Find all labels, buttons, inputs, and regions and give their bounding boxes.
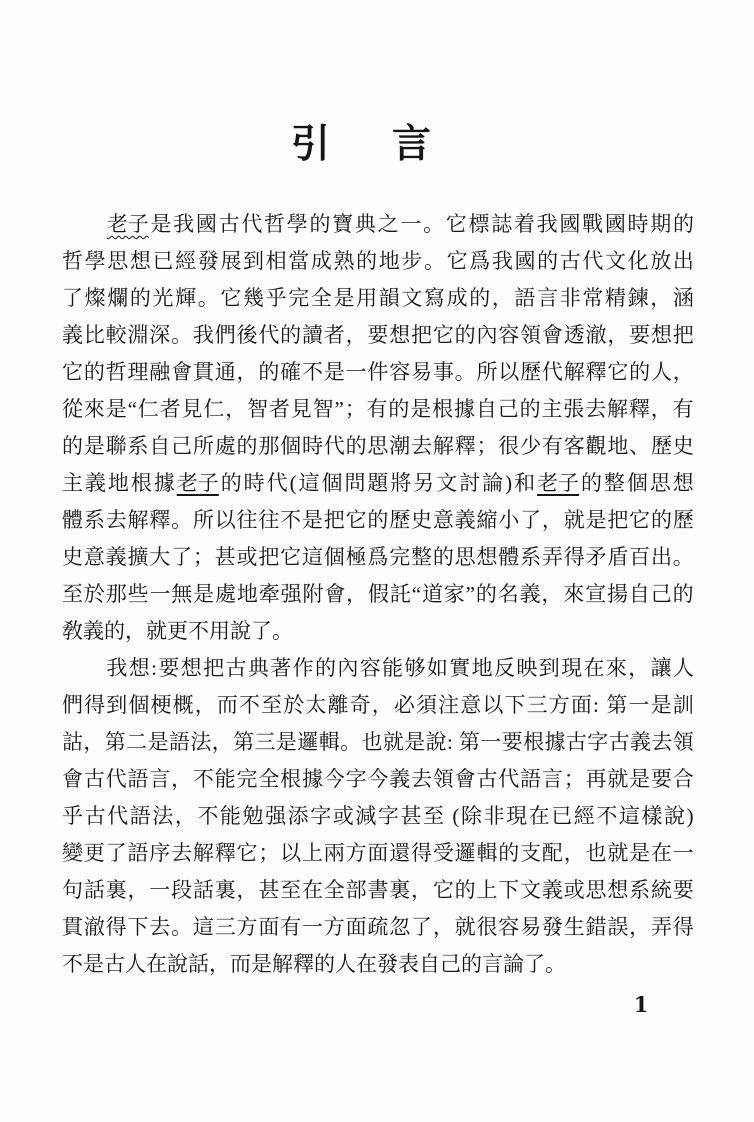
- char: 史: [62, 539, 83, 576]
- char: 釋: [455, 428, 476, 465]
- char: 是: [586, 502, 607, 539]
- char: 者: [160, 391, 181, 428]
- char: 融: [149, 354, 170, 391]
- char: 不: [188, 613, 209, 650]
- char: 一: [480, 724, 501, 761]
- char: ；: [193, 539, 214, 576]
- char: [453, 724, 458, 761]
- char: 有: [673, 391, 694, 428]
- char: 。: [198, 280, 219, 317]
- char: 它: [433, 317, 454, 354]
- char: 說: [664, 798, 685, 835]
- char: 附: [302, 576, 323, 613]
- char: 。: [171, 317, 192, 354]
- char: 根: [432, 391, 453, 428]
- page-title-char-2: 言: [392, 120, 431, 170]
- char: 的: [476, 576, 497, 613]
- char: 論: [503, 946, 524, 983]
- char: 三: [527, 687, 548, 724]
- char: 解: [193, 835, 214, 872]
- char: 題: [367, 465, 388, 502]
- char: 是: [84, 428, 105, 465]
- char: 古: [219, 206, 240, 243]
- char: 自: [629, 576, 650, 613]
- char: 把: [607, 502, 628, 539]
- char: 句: [62, 872, 83, 909]
- char: 。: [545, 946, 566, 983]
- char: 地: [108, 465, 129, 502]
- char: 不: [302, 354, 323, 391]
- char: 全: [311, 280, 332, 317]
- char: 完: [389, 539, 410, 576]
- char: 代: [258, 317, 279, 354]
- char: 第: [105, 724, 126, 761]
- char: [600, 687, 605, 724]
- char: 的: [537, 243, 558, 280]
- char: 人: [651, 354, 672, 391]
- char: 觀: [586, 428, 607, 465]
- char: ，: [433, 909, 454, 946]
- char: 的: [461, 946, 482, 983]
- char: 的: [356, 243, 377, 280]
- char: 當: [288, 243, 309, 280]
- char: 發: [377, 946, 398, 983]
- char: 乎: [266, 280, 287, 317]
- char: :: [447, 724, 453, 761]
- char: 寶: [332, 206, 353, 243]
- char: 得: [564, 539, 585, 576]
- char: 聯: [106, 428, 127, 465]
- char: 的: [315, 650, 336, 687]
- char: 是: [193, 576, 214, 613]
- char: 錯: [586, 909, 607, 946]
- char: 字: [587, 724, 608, 761]
- char: 牽: [259, 576, 280, 613]
- char: 爛: [107, 280, 128, 317]
- char: 添: [288, 798, 309, 835]
- char: 。: [423, 206, 444, 243]
- char: ，: [212, 724, 233, 761]
- char: 誤: [607, 909, 628, 946]
- char: 思: [586, 872, 607, 909]
- char: 去: [149, 909, 170, 946]
- char: 是: [150, 206, 171, 243]
- char: 容: [498, 317, 519, 354]
- char: 是: [276, 724, 297, 761]
- char: 、: [629, 428, 650, 465]
- char: 古: [85, 798, 106, 835]
- char: 就: [146, 613, 167, 650]
- char: 會: [324, 576, 345, 613]
- char: 它: [280, 539, 301, 576]
- char: 文: [520, 872, 541, 909]
- char: 言: [149, 761, 170, 798]
- char: 的: [258, 354, 279, 391]
- char: 二: [126, 724, 147, 761]
- char: 不: [596, 798, 617, 835]
- char: 的: [62, 428, 83, 465]
- char: 必: [394, 687, 415, 724]
- char: 潮: [389, 428, 410, 465]
- char: 敎: [62, 613, 83, 650]
- char: 要: [367, 317, 388, 354]
- char: 是: [410, 391, 431, 428]
- char: 方: [324, 909, 345, 946]
- char: 是: [148, 724, 169, 761]
- char: 得: [673, 909, 694, 946]
- char: 放: [650, 243, 671, 280]
- char: 言: [482, 946, 503, 983]
- char: 張: [563, 391, 584, 428]
- text-line: 史意義擴大了；甚或把它這個極爲完整的思想體系弄得矛盾百出。: [62, 539, 694, 576]
- char: 也: [586, 835, 607, 872]
- char: 裏: [106, 872, 127, 909]
- char: 釋: [149, 502, 170, 539]
- char: 的: [673, 576, 694, 613]
- char: 三: [215, 909, 236, 946]
- char: 的: [433, 539, 454, 576]
- char: 讓: [651, 650, 672, 687]
- char: 相: [266, 243, 287, 280]
- char: 會: [171, 354, 192, 391]
- char: 們: [62, 687, 83, 724]
- char: 能: [382, 650, 403, 687]
- char: 言: [542, 761, 563, 798]
- char: ，: [629, 909, 650, 946]
- char: 代: [106, 761, 127, 798]
- char: 强: [281, 576, 302, 613]
- char: 把: [411, 317, 432, 354]
- char: 去: [106, 502, 127, 539]
- char: 義: [62, 317, 83, 354]
- char: 之: [378, 206, 399, 243]
- char: (: [290, 465, 297, 502]
- char: ，: [411, 872, 432, 909]
- char: 就: [455, 909, 476, 946]
- char: 在: [302, 872, 323, 909]
- char: 釋: [629, 391, 650, 428]
- text-line: 的是聯系自己所處的那個時代的思潮去解釋；很少有客觀地、歷史: [62, 428, 694, 465]
- text-line: 了燦爛的光輝。它幾乎完全是用韻文寫成的，語言非常精鍊，涵: [62, 280, 694, 317]
- char: 是: [324, 354, 345, 391]
- char: 會: [542, 317, 563, 354]
- char: 思: [455, 539, 476, 576]
- char: 誌: [491, 206, 512, 243]
- char: 第: [459, 724, 480, 761]
- char: 有: [367, 391, 388, 428]
- char: 是: [83, 946, 104, 983]
- char: 釋: [215, 835, 236, 872]
- char: 一: [302, 909, 323, 946]
- char: 領: [520, 317, 541, 354]
- char: 哲: [106, 354, 127, 391]
- char: 很: [498, 428, 519, 465]
- char: 受: [433, 835, 454, 872]
- char: 古: [566, 724, 587, 761]
- char: ，: [209, 946, 230, 983]
- char: 那: [106, 576, 127, 613]
- char: 太: [305, 687, 326, 724]
- char: 澈: [586, 317, 607, 354]
- char: 解: [272, 946, 293, 983]
- char: 後: [237, 317, 258, 354]
- char: 够: [404, 650, 425, 687]
- char: 生: [564, 909, 585, 946]
- book-page: 引 言 老子是我國古代哲學的寶典之一。它標誌着我國戰國時期的哲學思想已經發展到相…: [0, 0, 754, 1122]
- char: 整: [411, 539, 432, 576]
- text-line: 哲學思想已經發展到相當成熟的地步。它爲我國的古代文化放出: [62, 243, 694, 280]
- char: 宣: [585, 576, 606, 613]
- char: 系: [127, 428, 148, 465]
- char: 著: [270, 650, 291, 687]
- char: 它: [433, 872, 454, 909]
- char: 寫: [424, 280, 445, 317]
- char: 言: [537, 280, 558, 317]
- char: 化: [628, 243, 649, 280]
- char: 語: [515, 280, 536, 317]
- char: 疏: [367, 909, 388, 946]
- char: 合: [673, 761, 694, 798]
- char: 而: [217, 687, 238, 724]
- char: :: [593, 687, 599, 724]
- char: 這: [302, 539, 323, 576]
- char: 讀: [302, 317, 323, 354]
- char: 去: [171, 835, 192, 872]
- char: 較: [106, 317, 127, 354]
- char: 反: [494, 650, 515, 687]
- char: 弄: [651, 909, 672, 946]
- char: 表: [398, 946, 419, 983]
- char: 的: [581, 465, 602, 502]
- char: 系: [520, 539, 541, 576]
- char: ): [505, 465, 512, 502]
- char: 已: [551, 798, 572, 835]
- char: 要: [673, 872, 694, 909]
- char: 要: [629, 317, 650, 354]
- char: 主: [541, 391, 562, 428]
- char: 裏: [215, 872, 236, 909]
- char: 韻: [379, 280, 400, 317]
- char: 或: [333, 798, 354, 835]
- char: 少: [520, 428, 541, 465]
- text-line: 老子是我國古代哲學的寶典之一。它標誌着我國戰國時期的: [62, 206, 694, 243]
- text-line: 變更了語序去解釋它；以上兩方面還得受邏輯的支配，也就是在一: [62, 835, 694, 872]
- char: 古: [609, 724, 630, 761]
- char: 就: [383, 724, 404, 761]
- char: 的: [237, 428, 258, 465]
- char: 不: [193, 761, 214, 798]
- char: 古: [104, 946, 125, 983]
- char: 義: [106, 539, 127, 576]
- char: 話: [188, 946, 209, 983]
- char: 得: [411, 835, 432, 872]
- char: 的: [346, 428, 367, 465]
- char: 思: [367, 428, 388, 465]
- char: ，: [195, 687, 216, 724]
- char: 史: [673, 428, 694, 465]
- char: 到: [243, 243, 264, 280]
- char: 一: [400, 206, 421, 243]
- char: 個: [324, 539, 345, 576]
- char: ，: [346, 317, 367, 354]
- char: 。: [424, 243, 445, 280]
- char: 。: [171, 909, 192, 946]
- char: 段: [171, 872, 192, 909]
- char: 者: [269, 391, 290, 428]
- char: 會: [62, 761, 83, 798]
- char: 這: [193, 909, 214, 946]
- char: 至: [62, 576, 83, 613]
- char: 甚: [215, 539, 236, 576]
- char: 以: [498, 354, 519, 391]
- char: 想: [181, 650, 202, 687]
- char: 家: [444, 576, 465, 613]
- char: 體: [498, 539, 519, 576]
- char: 得: [84, 687, 105, 724]
- char: 去: [411, 761, 432, 798]
- char: 步: [401, 243, 422, 280]
- char: 盾: [607, 539, 628, 576]
- proper-name-mark: 老子: [537, 465, 579, 502]
- char: 全: [324, 872, 345, 909]
- char: 幾: [243, 280, 264, 317]
- char: 再: [586, 761, 607, 798]
- char: 義: [85, 465, 106, 502]
- char: 支: [520, 835, 541, 872]
- char: 義: [83, 613, 104, 650]
- char: 下: [127, 909, 148, 946]
- char: 人: [673, 650, 694, 687]
- char: 的: [84, 354, 105, 391]
- char: 的: [280, 317, 301, 354]
- char: 將: [390, 465, 411, 502]
- char: 非: [560, 280, 581, 317]
- char: “: [128, 391, 137, 428]
- char: 容: [360, 650, 381, 687]
- char: 縮: [476, 502, 497, 539]
- text-line: 貫澈得下去。這三方面有一方面疏忽了，就很容易發生錯誤，弄得: [62, 909, 694, 946]
- char: 內: [337, 650, 358, 687]
- char: 弄: [542, 539, 563, 576]
- char: 不: [197, 798, 218, 835]
- char: 從: [62, 391, 83, 428]
- char: 字: [310, 798, 331, 835]
- char: 語: [169, 724, 190, 761]
- char: 解: [433, 428, 454, 465]
- char: 它: [62, 354, 83, 391]
- char: 貫: [193, 354, 214, 391]
- char: 去: [411, 428, 432, 465]
- char: 能: [215, 761, 236, 798]
- char: 時: [244, 465, 265, 502]
- char: 容: [498, 909, 519, 946]
- char: 古: [84, 761, 105, 798]
- char: 以: [215, 502, 236, 539]
- char: 典: [248, 650, 269, 687]
- char: 系: [84, 502, 105, 539]
- char: 方: [237, 909, 258, 946]
- char: 邏: [455, 835, 476, 872]
- char: 出: [651, 539, 672, 576]
- char: 成: [447, 280, 468, 317]
- char: 用: [356, 280, 377, 317]
- char: 百: [629, 539, 650, 576]
- char: 語: [127, 761, 148, 798]
- char: 很: [476, 909, 497, 946]
- char: 些: [128, 576, 149, 613]
- char: 就: [607, 761, 628, 798]
- char: 它: [346, 502, 367, 539]
- char: 全: [258, 761, 279, 798]
- char: 人: [335, 946, 356, 983]
- char: 義: [455, 502, 476, 539]
- char: 理: [127, 354, 148, 391]
- char: 。: [340, 724, 361, 761]
- char: 爲: [469, 243, 490, 280]
- char: 或: [237, 539, 258, 576]
- char: 代: [324, 428, 345, 465]
- char: 在: [583, 650, 604, 687]
- char: 至: [261, 687, 282, 724]
- char: 完: [288, 280, 309, 317]
- char: 裏: [389, 872, 410, 909]
- char: 第: [233, 724, 254, 761]
- char: 義: [542, 872, 563, 909]
- char: 事: [433, 354, 454, 391]
- char: 經: [574, 798, 595, 835]
- char: (: [452, 798, 459, 835]
- char: 輯: [319, 724, 340, 761]
- char: 把: [673, 317, 694, 354]
- char: ；: [564, 761, 585, 798]
- char: 出: [673, 243, 694, 280]
- char: 作: [293, 650, 314, 687]
- char: 義: [520, 576, 541, 613]
- char: 時: [628, 206, 649, 243]
- char: 義: [630, 724, 651, 761]
- char: 內: [476, 317, 497, 354]
- char: 易: [411, 354, 432, 391]
- char: 來: [606, 650, 627, 687]
- char: 確: [280, 354, 301, 391]
- char: 史: [411, 502, 432, 539]
- char: 大: [149, 539, 170, 576]
- char: 自: [419, 946, 440, 983]
- char: 無: [171, 576, 192, 613]
- char: 是: [302, 502, 323, 539]
- char: 以: [280, 835, 301, 872]
- char: 第: [606, 687, 627, 724]
- char: 去: [651, 724, 672, 761]
- char: 託: [390, 576, 411, 613]
- char: 更: [167, 613, 188, 650]
- char: 另: [413, 465, 434, 502]
- char: 的: [455, 317, 476, 354]
- char: ；: [476, 428, 497, 465]
- char: 配: [542, 835, 563, 872]
- char: 樣: [641, 798, 662, 835]
- char: 發: [542, 909, 563, 946]
- char: 不: [239, 687, 260, 724]
- char: 還: [389, 835, 410, 872]
- char: ，: [542, 502, 563, 539]
- paragraph: 我想:要想把古典著作的內容能够如實地反映到現在來，讓人們得到個梗概，而不至於太離…: [62, 650, 694, 983]
- char: 代: [107, 798, 128, 835]
- page-title-char-1: 引: [291, 120, 330, 170]
- char: 學: [85, 243, 106, 280]
- char: 實: [449, 650, 470, 687]
- char: 的: [651, 502, 672, 539]
